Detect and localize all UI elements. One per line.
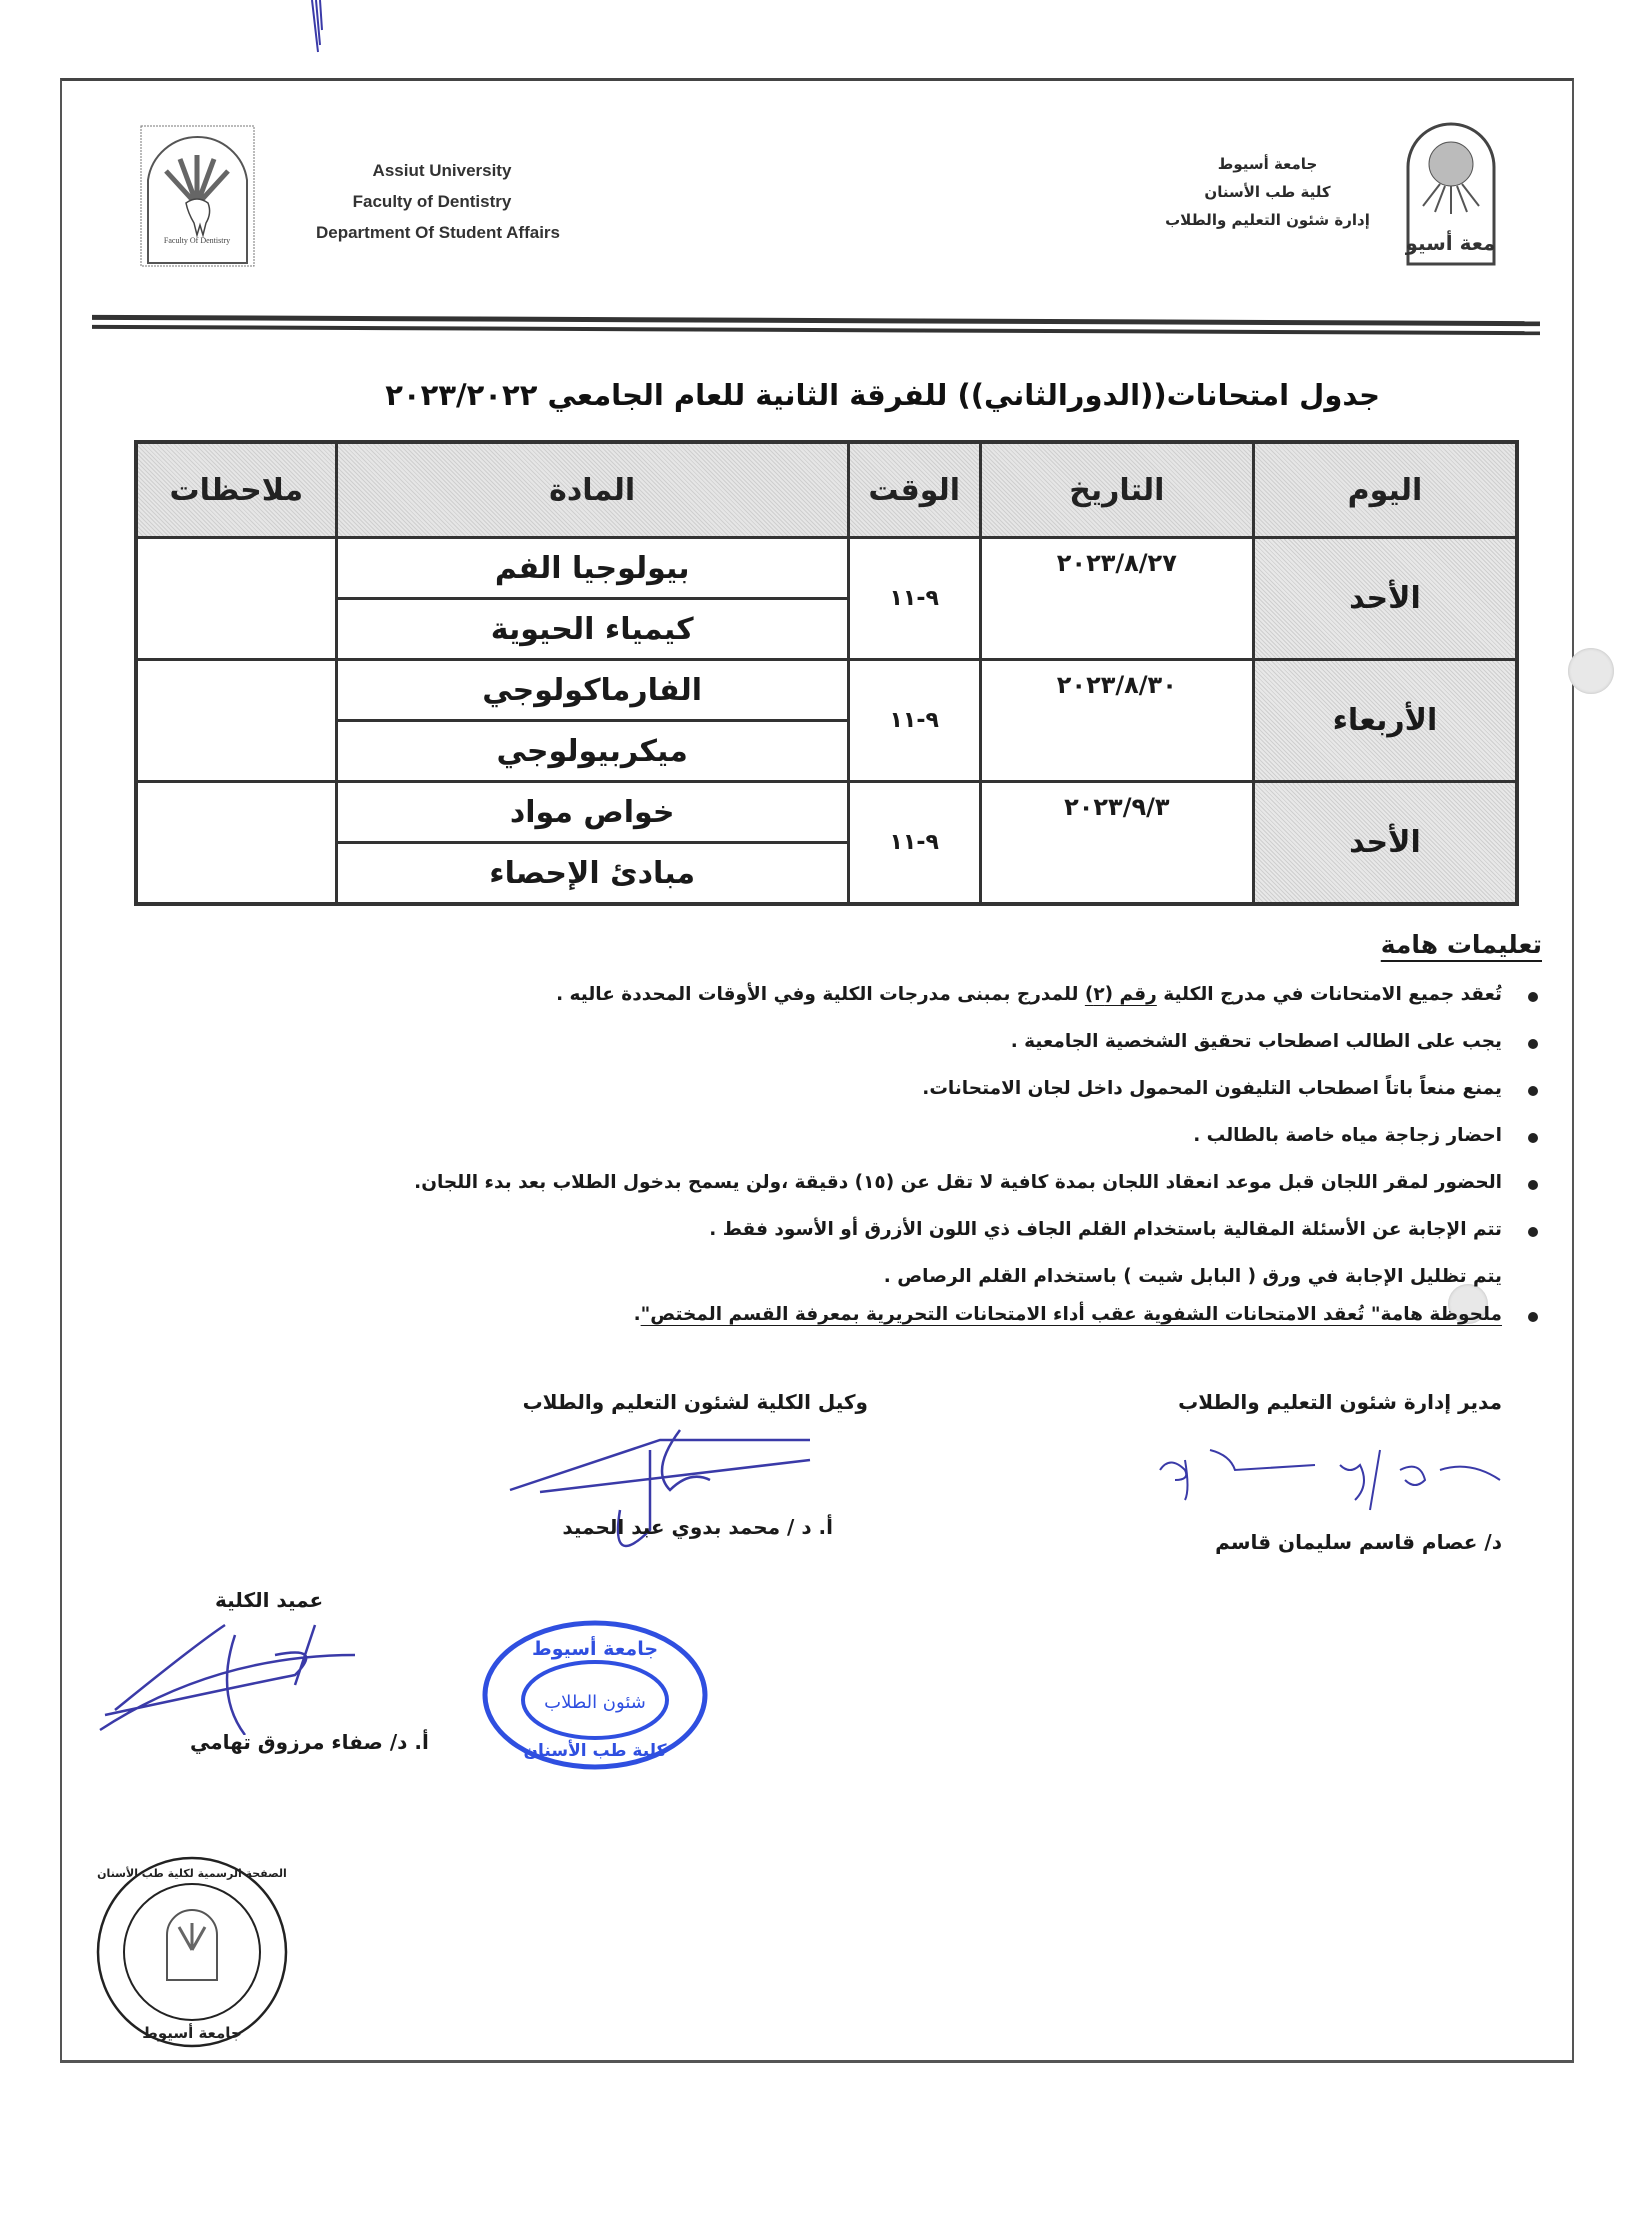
university-name-ar: جامعة أسيوط [1150, 150, 1385, 178]
pen-mark [308, 0, 328, 60]
bullet-icon [1528, 1180, 1538, 1190]
dean-title: عميد الكلية [215, 1588, 323, 1612]
list-item: تتم الإجابة عن الأسئلة المقالية باستخدام… [142, 1213, 1542, 1260]
time-cell: ٩-١١ [848, 538, 980, 660]
director-signature [1140, 1440, 1520, 1520]
table-row: الأحد ٢٠٢٣/٨/٢٧ ٩-١١ بيولوجيا الفم [136, 538, 1517, 599]
document-title: جدول امتحانات((الدورالثاني)) للفرقة الثا… [280, 378, 1380, 412]
svg-text:شئون الطلاب: شئون الطلاب [544, 1692, 646, 1713]
university-name-en: Assiut University [292, 155, 592, 186]
table-row: الأربعاء ٢٠٢٣/٨/٣٠ ٩-١١ الفارماكولوجي [136, 660, 1517, 721]
director-name: د/ عصام قاسم سليمان قاسم [1215, 1530, 1502, 1554]
instructions-list: تُعقد جميع الامتحانات في مدرج الكلية رقم… [142, 978, 1542, 1345]
faculty-name-en: Faculty of Dentistry [272, 186, 592, 217]
subject-cell: خواص مواد [336, 782, 848, 843]
list-item: احضار زجاجة مياه خاصة بالطالب . [142, 1119, 1542, 1166]
svg-text:الصفحة الرسمية لكلية طب الأسنا: الصفحة الرسمية لكلية طب الأسنان [97, 1866, 287, 1880]
svg-text:جامعة أسيوط: جامعة أسيوط [532, 1636, 658, 1660]
director-title: مدير إدارة شئون التعليم والطلاب [1178, 1390, 1502, 1414]
instructions-title: تعليمات هامة [1381, 930, 1542, 959]
day-cell: الأحد [1253, 538, 1517, 660]
faculty-logo: Faculty Of Dentistry [140, 125, 255, 267]
bullet-icon [1528, 1086, 1538, 1096]
subject-cell: كيمياء الحيوية [336, 599, 848, 660]
date-cell: ٢٠٢٣/٩/٣ [980, 782, 1253, 905]
svg-text:كلية طب الأسنان: كلية طب الأسنان [524, 1740, 667, 1761]
punch-hole [1568, 648, 1614, 694]
faculty-name-ar: كلية طب الأسنان [1150, 178, 1385, 206]
header-subject: المادة [336, 442, 848, 538]
table-row: الأحد ٢٠٢٣/٩/٣ ٩-١١ خواص مواد [136, 782, 1517, 843]
svg-text:جامعة أسيوط: جامعة أسيوط [142, 2023, 242, 2042]
english-header: Assiut University Faculty of Dentistry D… [292, 155, 592, 248]
table-header-row: اليوم التاريخ الوقت المادة ملاحظات [136, 442, 1517, 538]
header-time: الوقت [848, 442, 980, 538]
list-item: يجب على الطالب اصطحاب تحقيق الشخصية الجا… [142, 1025, 1542, 1072]
bullet-icon [1528, 1312, 1538, 1322]
date-cell: ٢٠٢٣/٨/٢٧ [980, 538, 1253, 660]
dean-name: أ. د/ صفاء مرزوق تهامي [190, 1730, 429, 1754]
list-item: يتم تظليل الإجابة في ورق ( البابل شيت ) … [142, 1260, 1542, 1298]
list-item: ملحوظة هامة" تُعقد الامتحانات الشفوية عق… [142, 1298, 1542, 1345]
day-cell: الأحد [1253, 782, 1517, 905]
date-cell: ٢٠٢٣/٨/٣٠ [980, 660, 1253, 782]
list-item: الحضور لمقر اللجان قبل موعد انعقاد اللجا… [142, 1166, 1542, 1213]
svg-text:جامعة أسيوط: جامعة أسيوط [1405, 229, 1497, 255]
subject-cell: مبادئ الإحصاء [336, 843, 848, 905]
header-day: اليوم [1253, 442, 1517, 538]
time-cell: ٩-١١ [848, 782, 980, 905]
subject-cell: الفارماكولوجي [336, 660, 848, 721]
student-affairs-stamp: جامعة أسيوط شئون الطلاب كلية طب الأسنان [480, 1620, 710, 1770]
day-cell: الأربعاء [1253, 660, 1517, 782]
arabic-header: جامعة أسيوط كلية طب الأسنان إدارة شئون ا… [1150, 150, 1385, 234]
svg-text:Faculty Of Dentistry: Faculty Of Dentistry [164, 236, 230, 245]
exam-schedule-table: اليوم التاريخ الوقت المادة ملاحظات الأحد… [134, 440, 1519, 906]
header-notes: ملاحظات [136, 442, 336, 538]
notes-cell [136, 538, 336, 660]
subject-cell: ميكربيولوجي [336, 721, 848, 782]
bullet-icon [1528, 1039, 1538, 1049]
dean-signature [95, 1615, 395, 1735]
vice-dean-name: أ. د / محمد بدوي عبد الحميد [562, 1515, 833, 1539]
university-logo: جامعة أسيوط [1405, 122, 1497, 267]
bullet-icon [1528, 992, 1538, 1002]
notes-cell [136, 782, 336, 905]
official-seal: الصفحة الرسمية لكلية طب الأسنان جامعة أس… [95, 1855, 290, 2050]
bullet-icon [1528, 1133, 1538, 1143]
list-item: يمنع منعاً باتاً اصطحاب التليفون المحمول… [142, 1072, 1542, 1119]
department-name-ar: إدارة شئون التعليم والطلاب [1150, 206, 1385, 234]
list-item: تُعقد جميع الامتحانات في مدرج الكلية رقم… [142, 978, 1542, 1025]
bullet-icon [1528, 1227, 1538, 1237]
subject-cell: بيولوجيا الفم [336, 538, 848, 599]
department-name-en: Department Of Student Affairs [284, 217, 592, 248]
notes-cell [136, 660, 336, 782]
header-date: التاريخ [980, 442, 1253, 538]
time-cell: ٩-١١ [848, 660, 980, 782]
